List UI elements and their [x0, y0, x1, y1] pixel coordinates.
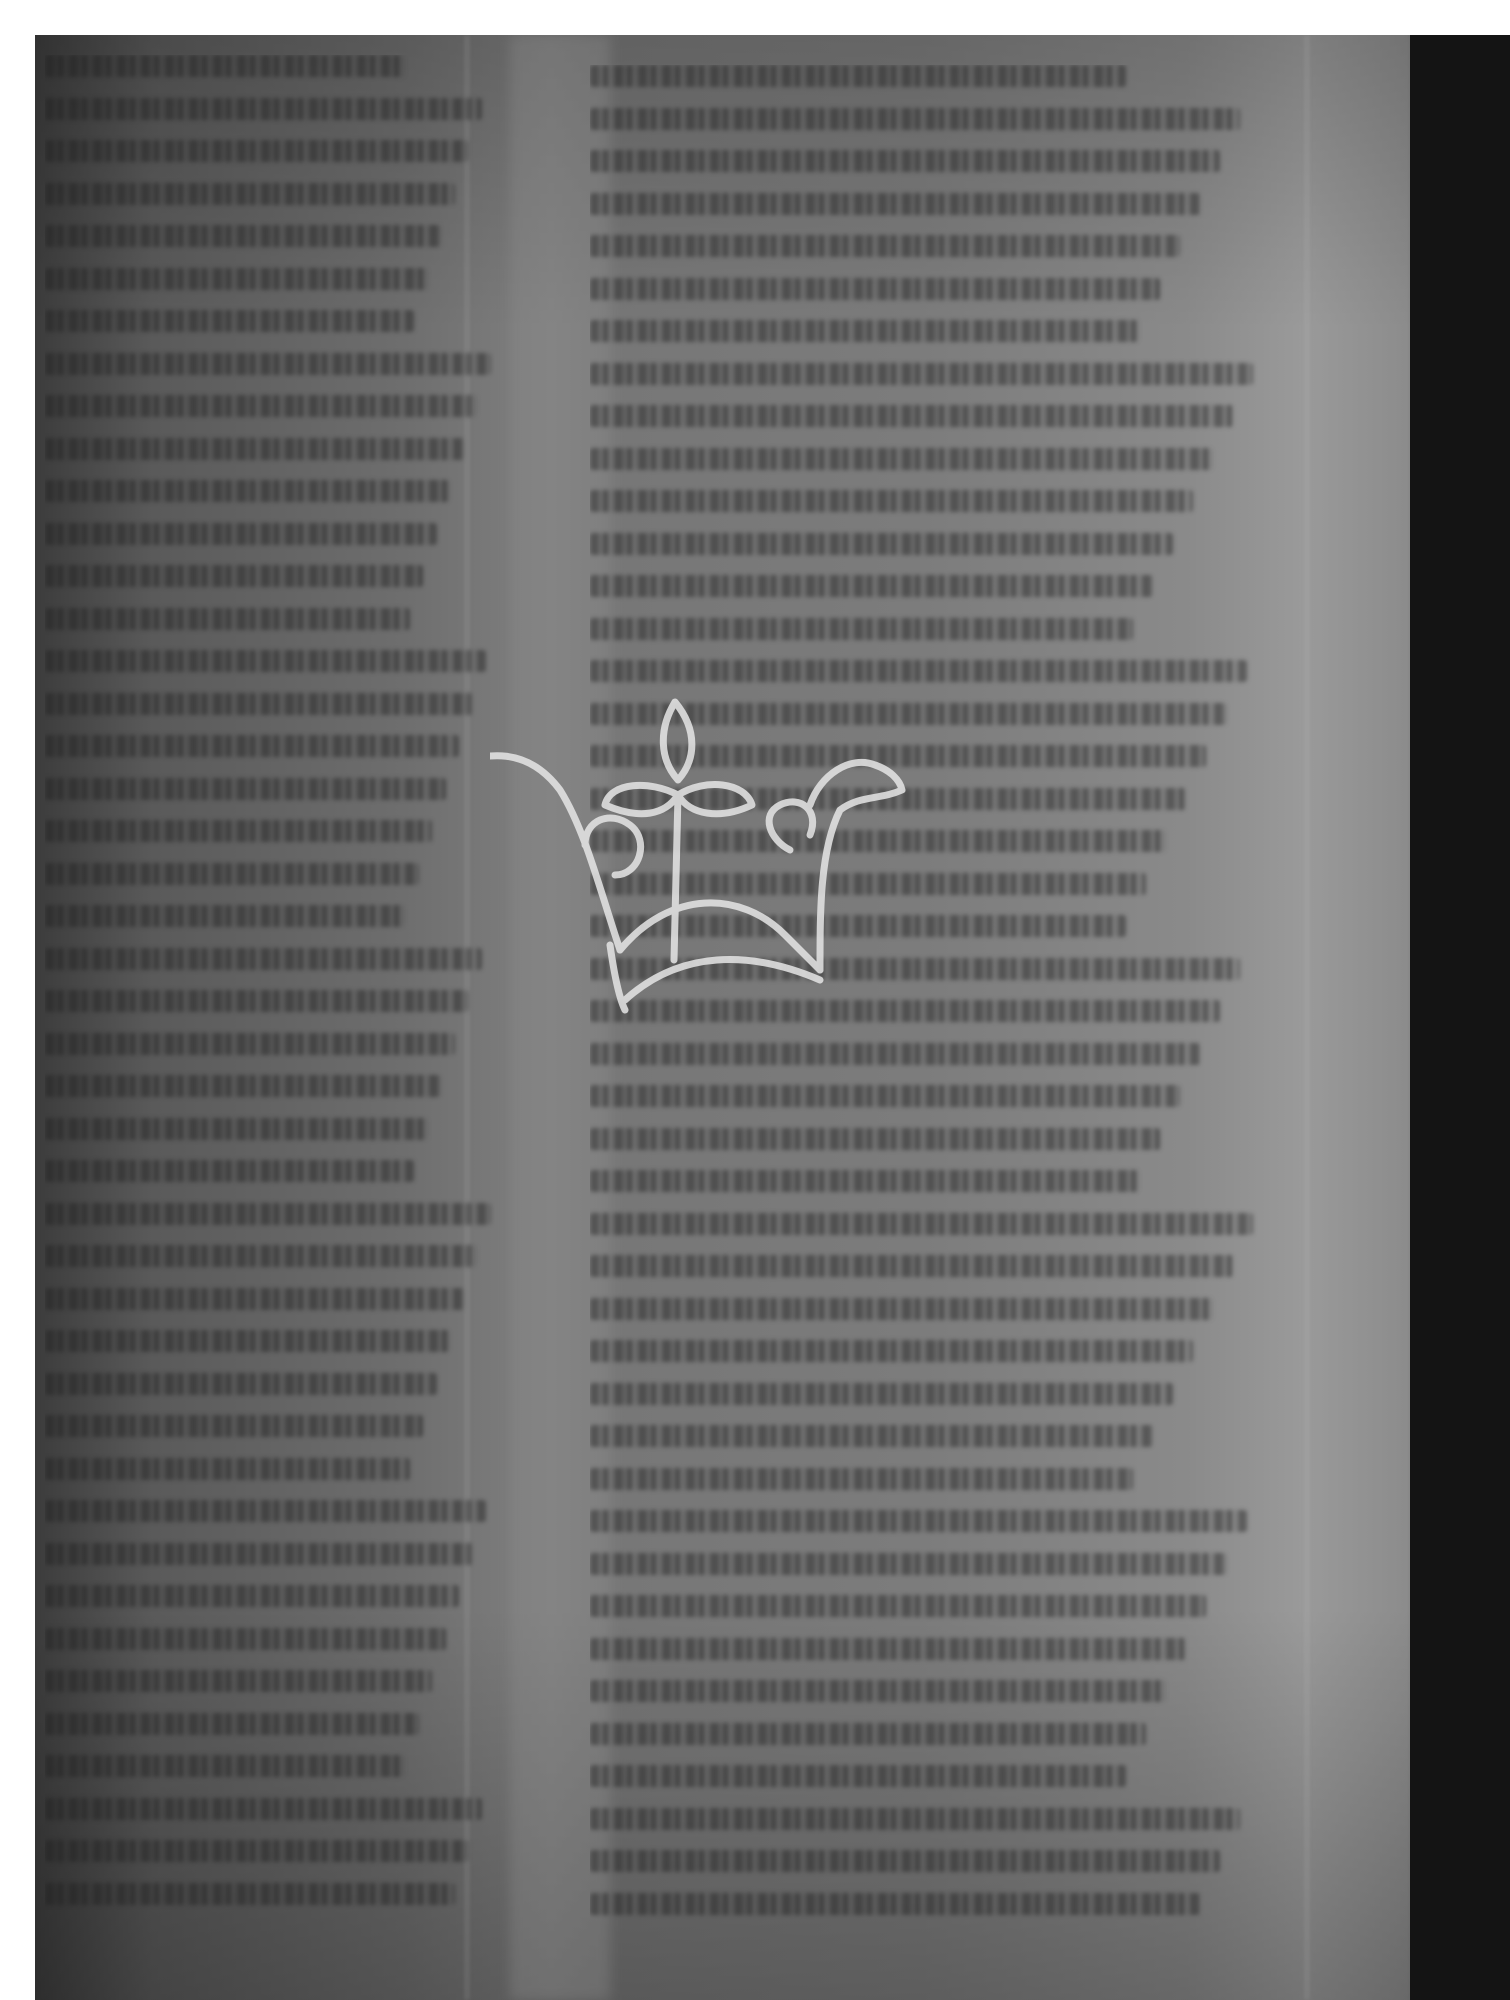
- text-line: [45, 1458, 410, 1480]
- text-line: [45, 905, 405, 927]
- text-line: [590, 1340, 1193, 1362]
- dark-background-edge: [1410, 35, 1510, 2000]
- text-line: [45, 1585, 459, 1607]
- text-line: [45, 1543, 473, 1565]
- text-line: [45, 1883, 455, 1905]
- text-line: [590, 1128, 1160, 1150]
- text-line: [590, 65, 1126, 87]
- text-line: [590, 1425, 1153, 1447]
- text-line: [45, 1245, 477, 1267]
- text-line: [590, 320, 1139, 342]
- text-line: [45, 778, 446, 800]
- text-line: [590, 193, 1200, 215]
- text-line: [45, 1033, 455, 1055]
- text-line: [45, 395, 477, 417]
- text-line: [45, 693, 473, 715]
- text-line: [45, 1840, 468, 1862]
- text-line: [45, 480, 450, 502]
- text-line: [45, 140, 468, 162]
- text-line: [590, 1850, 1220, 1872]
- text-line: [590, 1255, 1233, 1277]
- text-line: [45, 353, 491, 375]
- text-line: [590, 1638, 1186, 1660]
- text-line: [45, 1330, 450, 1352]
- text-line: [590, 575, 1153, 597]
- text-line: [45, 1288, 464, 1310]
- chain-line: [465, 35, 469, 2000]
- text-line: [45, 310, 414, 332]
- text-line: [590, 1298, 1213, 1320]
- text-line: [590, 1595, 1206, 1617]
- text-line: [590, 1680, 1166, 1702]
- text-line: [590, 1383, 1173, 1405]
- text-line: [45, 1373, 437, 1395]
- text-line: [590, 108, 1240, 130]
- text-line: [45, 608, 410, 630]
- text-line: [590, 1213, 1253, 1235]
- text-line: [45, 863, 419, 885]
- crown-watermark-icon: [490, 690, 1050, 1110]
- text-line: [590, 1765, 1126, 1787]
- text-line: [590, 1808, 1240, 1830]
- text-line: [45, 1628, 446, 1650]
- text-line: [45, 183, 455, 205]
- text-line: [45, 1798, 482, 1820]
- text-line: [45, 1670, 432, 1692]
- text-line: [45, 990, 468, 1012]
- text-line: [45, 1415, 423, 1437]
- text-line: [590, 448, 1213, 470]
- text-line: [590, 363, 1253, 385]
- text-line: [45, 735, 459, 757]
- text-line: [45, 948, 482, 970]
- text-line: [45, 650, 486, 672]
- text-line: [590, 235, 1180, 257]
- text-line: [45, 820, 432, 842]
- text-line: [590, 150, 1220, 172]
- chain-line: [1305, 35, 1309, 2000]
- text-line: [45, 1160, 414, 1182]
- text-line: [45, 438, 464, 460]
- text-line: [45, 98, 482, 120]
- text-line: [590, 1553, 1227, 1575]
- text-line: [45, 55, 405, 77]
- text-line: [45, 1500, 486, 1522]
- text-line: [45, 1118, 428, 1140]
- text-line: [45, 1203, 491, 1225]
- text-line: [590, 1893, 1200, 1915]
- text-line: [590, 618, 1133, 640]
- text-line: [590, 660, 1247, 682]
- text-line: [45, 1713, 419, 1735]
- text-line: [590, 278, 1160, 300]
- text-line: [45, 1075, 441, 1097]
- text-line: [590, 1170, 1139, 1192]
- text-line: [590, 533, 1173, 555]
- text-line: [590, 405, 1233, 427]
- text-line: [45, 1755, 405, 1777]
- manuscript-photo: [35, 35, 1510, 2000]
- text-line: [45, 565, 423, 587]
- text-line: [590, 1510, 1247, 1532]
- text-line: [45, 523, 437, 545]
- left-text-column: [45, 55, 495, 2000]
- text-line: [590, 1468, 1133, 1490]
- text-line: [45, 268, 428, 290]
- text-line: [590, 1723, 1146, 1745]
- text-line: [590, 490, 1193, 512]
- text-line: [45, 225, 441, 247]
